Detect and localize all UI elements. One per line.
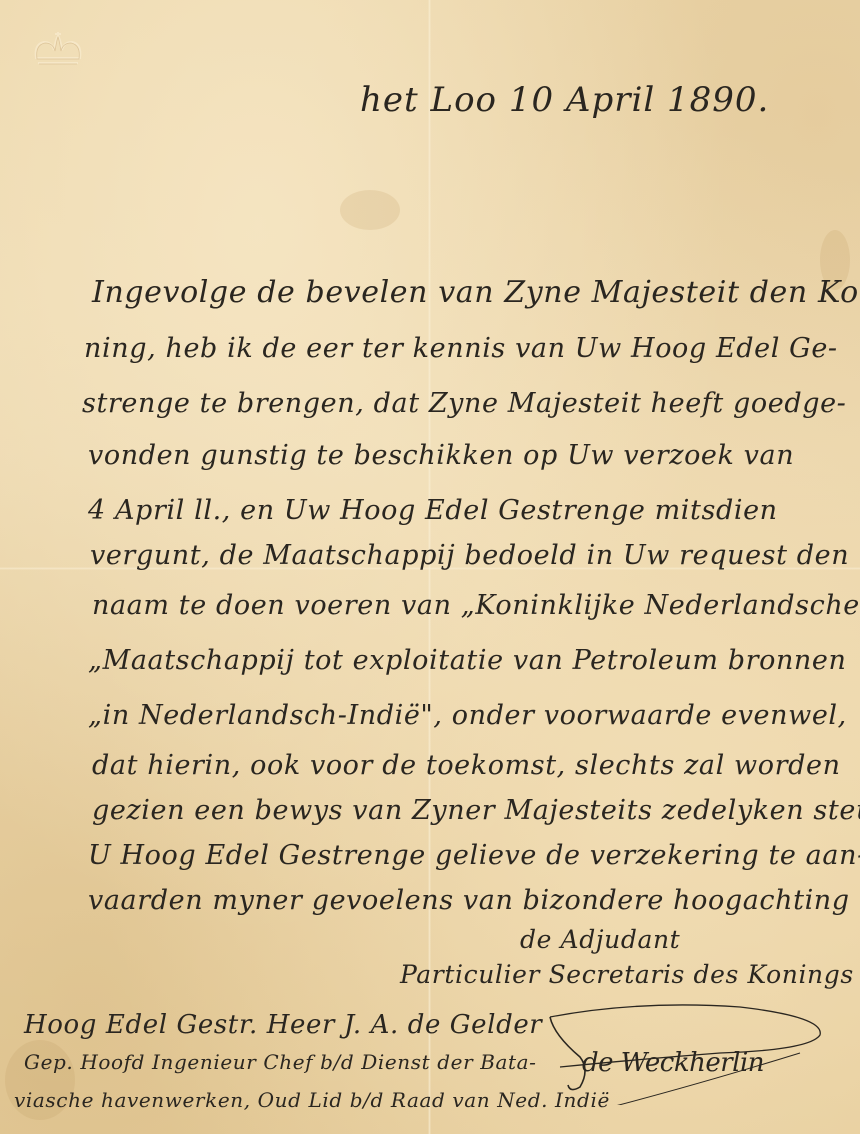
body-line: vergunt, de Maatschappij bedoeld in Uw r…	[90, 540, 849, 571]
body-line: „Maatschappij tot exploitatie van Petrol…	[88, 645, 847, 676]
letter-page: het Loo 10 April 1890. Ingevolge de beve…	[0, 0, 860, 1134]
body-line: strenge te brengen, dat Zyne Majesteit h…	[82, 388, 846, 419]
addressee-line: Gep. Hoofd Ingenieur Chef b/d Dienst der…	[24, 1050, 537, 1074]
closing-title: Particulier Secretaris des Konings	[400, 960, 854, 989]
body-line: naam te doen voeren van „Koninklijke Ned…	[92, 590, 860, 621]
body-line: „in Nederlandsch-Indië", onder voorwaard…	[88, 700, 847, 731]
place-date: het Loo 10 April 1890.	[360, 80, 769, 120]
crown-emboss-icon	[30, 30, 86, 70]
paper-stain	[340, 190, 400, 230]
addressee-line: Hoog Edel Gestr. Heer J. A. de Gelder	[24, 1010, 542, 1040]
addressee-line: viasche havenwerken, Oud Lid b/d Raad va…	[14, 1088, 610, 1112]
body-line: ning, heb ik de eer ter kennis van Uw Ho…	[84, 333, 838, 364]
body-line: gezien een bewys van Zyner Majesteits ze…	[92, 795, 860, 826]
body-line: 4 April ll., en Uw Hoog Edel Gestrenge m…	[88, 495, 778, 526]
closing-title: de Adjudant	[520, 925, 680, 954]
body-line: vaarden myner gevoelens van bizondere ho…	[88, 885, 850, 916]
body-line: vonden gunstig te beschikken op Uw verzo…	[88, 440, 794, 471]
body-line: dat hierin, ook voor de toekomst, slecht…	[92, 750, 841, 781]
signature: de Weckherlin	[582, 1048, 764, 1078]
body-line: Ingevolge de bevelen van Zyne Majesteit …	[92, 275, 860, 310]
body-line: U Hoog Edel Gestrenge gelieve de verzeke…	[88, 840, 860, 871]
